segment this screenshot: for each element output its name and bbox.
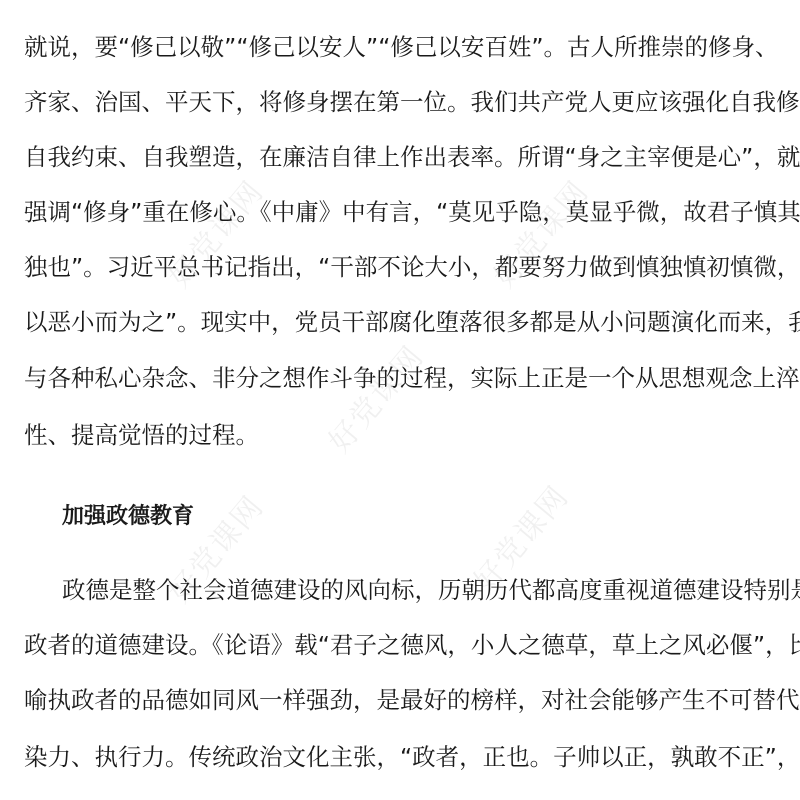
paragraph-line: 性、提高觉悟的过程。 [24,420,760,450]
paragraph-line: 以恶小而为之”。现实中，党员干部腐化堕落很多都是从小问题演化而来，我们 [24,307,760,337]
document-page: 好党课网 好党课网 好党课网 好党课网 好党课网 就说，要“修己以敬”“修己以安… [0,0,800,800]
paragraph-line: 政者的道德建设。《论语》载“君子之德风，小人之德草，草上之风必偃”，比 [24,630,760,660]
paragraph-line: 染力、执行力。传统政治文化主张，“政者，正也。子帅以正，孰敢不正”，“为 [24,742,760,772]
paragraph-line: 就说，要“修己以敬”“修己以安人”“修己以安百姓”。古人所推崇的修身、 [24,32,760,62]
paragraph-line: 独也”。习近平总书记指出，“干部不论大小，都要努力做到慎独慎初慎微，不 [24,252,760,282]
section-heading: 加强政德教育 [62,502,194,532]
paragraph-line: 喻执政者的品德如同风一样强劲，是最好的榜样，对社会能够产生不可替代的感 [24,685,760,715]
paragraph-line: 齐家、治国、平天下，将修身摆在第一位。我们共产党人更应该强化自我修炼、 [24,87,760,117]
paragraph-line: 与各种私心杂念、非分之想作斗争的过程，实际上正是一个从思想观念上淬炼党 [24,363,760,393]
paragraph-line: 政德是整个社会道德建设的风向标，历朝历代都高度重视道德建设特别是为 [62,575,760,605]
paragraph-line: 强调“修身”重在修心。《中庸》中有言，“莫见乎隐，莫显乎微，故君子慎其 [24,197,760,227]
paragraph-line: 自我约束、自我塑造，在廉洁自律上作出表率。所谓“身之主宰便是心”，就是 [24,142,760,172]
